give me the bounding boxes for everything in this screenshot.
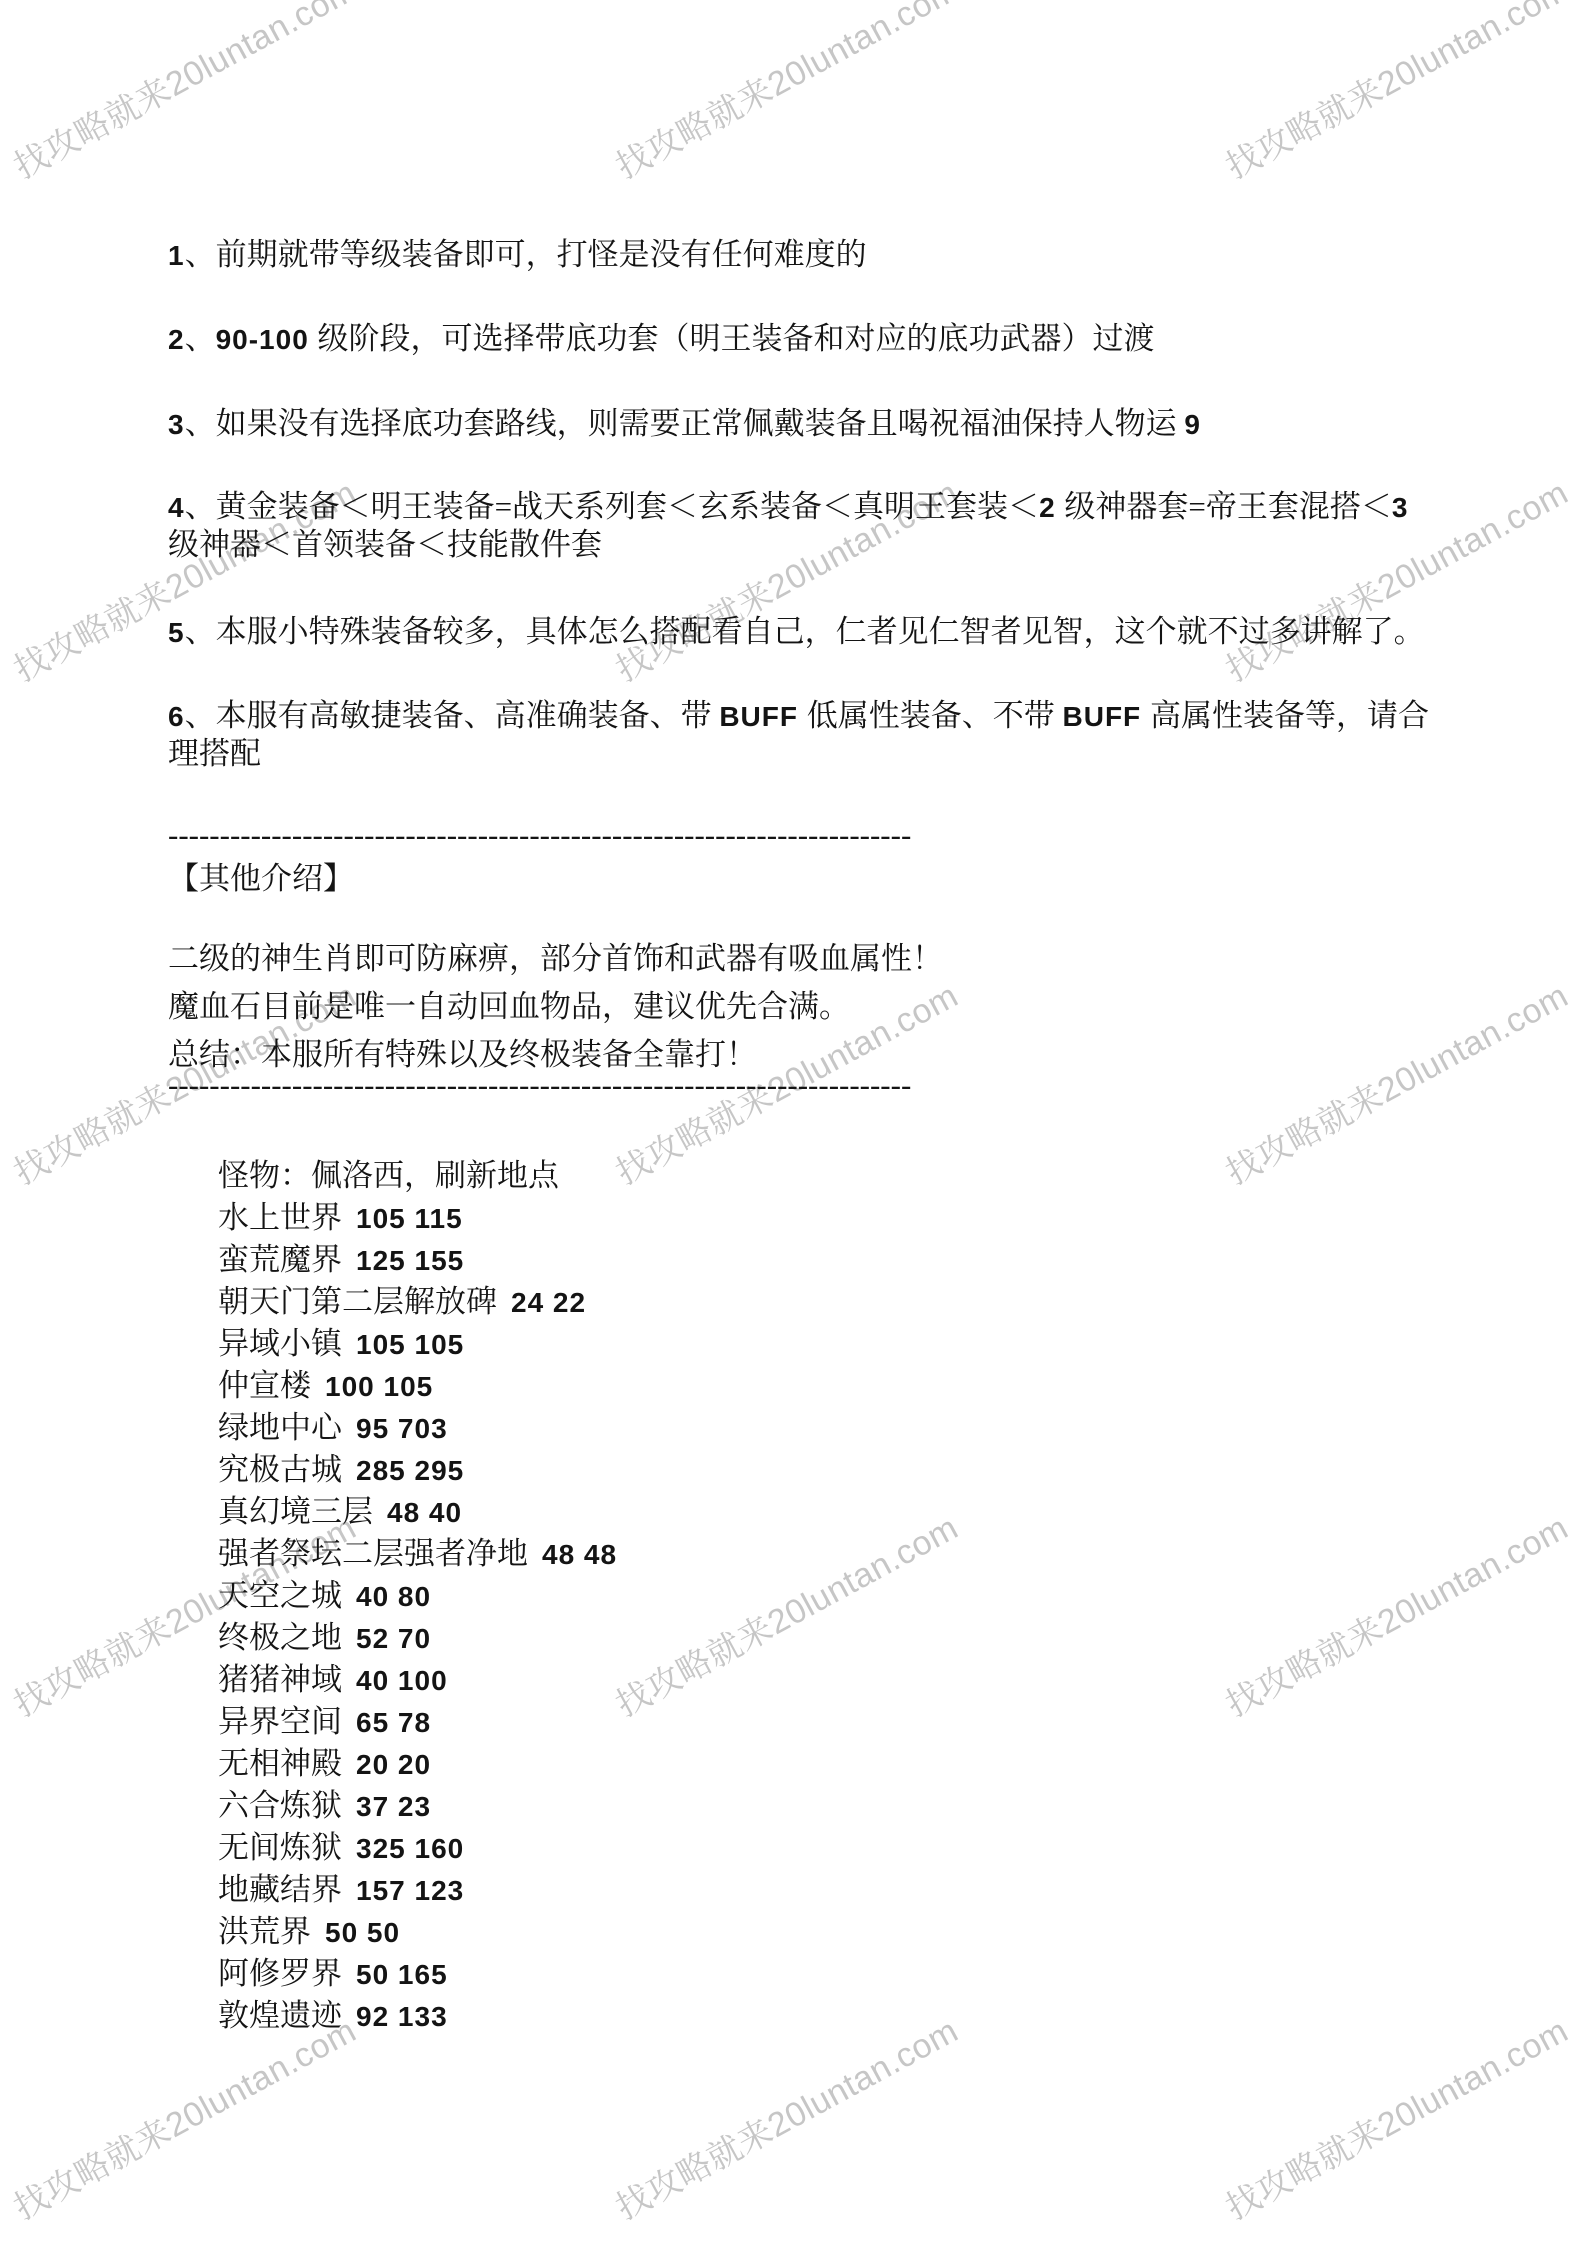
inline-number: 3 <box>168 409 185 440</box>
monster-location-name: 蛮荒魔界 <box>218 1242 342 1277</box>
watermark-text: 找攻略就来20luntan.com <box>6 0 364 190</box>
monster-coordinates: 100 105 <box>325 1371 433 1402</box>
section-title: 【其他介绍】 <box>168 862 354 896</box>
monster-list-item: 终极之地52 70 <box>218 1617 617 1659</box>
monster-coordinates: 24 22 <box>511 1287 586 1318</box>
monster-location-name: 地藏结界 <box>218 1872 342 1907</box>
intro-line: 二级的神生肖即可防麻痹，部分首饰和武器有吸血属性！ <box>168 942 943 976</box>
monster-location-name: 朝天门第二层解放碑 <box>218 1284 497 1319</box>
inline-number: BUFF <box>1063 701 1150 732</box>
inline-number: 2 <box>1039 492 1064 523</box>
monster-list-item: 究极古城285 295 <box>218 1449 617 1491</box>
monster-location-name: 阿修罗界 <box>218 1956 342 1991</box>
monster-location-name: 无相神殿 <box>218 1746 342 1781</box>
monster-location-name: 终极之地 <box>218 1620 342 1655</box>
monster-coordinates: 52 70 <box>356 1623 431 1654</box>
monster-coordinates: 95 703 <box>356 1413 448 1444</box>
tip-line: 理搭配 <box>168 737 261 771</box>
monster-rows: 水上世界105 115蛮荒魔界125 155朝天门第二层解放碑24 22异域小镇… <box>218 1197 617 2037</box>
monster-coordinates: 157 123 <box>356 1875 464 1906</box>
monster-list-item: 地藏结界157 123 <box>218 1869 617 1911</box>
monster-coordinates: 40 100 <box>356 1665 448 1696</box>
monster-list-item: 仲宣楼100 105 <box>218 1365 617 1407</box>
inline-number: 6 <box>168 701 185 732</box>
monster-spawn-list: 怪物：佩洛西，刷新地点 水上世界105 115蛮荒魔界125 155朝天门第二层… <box>218 1155 617 2037</box>
monster-list-item: 敦煌遗迹92 133 <box>218 1995 617 2037</box>
monster-coordinates: 48 40 <box>387 1497 462 1528</box>
inline-number: 3 <box>1392 492 1409 523</box>
monster-location-name: 无间炼狱 <box>218 1830 342 1865</box>
monster-location-name: 强者祭坛二层强者净地 <box>218 1536 528 1571</box>
watermark-text: 找攻略就来20luntan.com <box>1218 973 1576 1196</box>
monster-coordinates: 40 80 <box>356 1581 431 1612</box>
inline-number: BUFF <box>719 701 806 732</box>
monster-coordinates: 105 105 <box>356 1329 464 1360</box>
monster-coordinates: 65 78 <box>356 1707 431 1738</box>
monster-coordinates: 325 160 <box>356 1833 464 1864</box>
watermark-text: 找攻略就来20luntan.com <box>6 2008 364 2231</box>
monster-list-item: 水上世界105 115 <box>218 1197 617 1239</box>
tip-line: 5、本服小特殊装备较多，具体怎么搭配看自己，仁者见仁智者见智，这个就不过多讲解了… <box>168 615 1425 650</box>
watermark-text: 找攻略就来20luntan.com <box>608 2008 966 2231</box>
monster-location-name: 异域小镇 <box>218 1326 342 1361</box>
monster-coordinates: 285 295 <box>356 1455 464 1486</box>
monster-location-name: 六合炼狱 <box>218 1788 342 1823</box>
watermark-text: 找攻略就来20luntan.com <box>1218 2008 1576 2231</box>
monster-list-item: 蛮荒魔界125 155 <box>218 1239 617 1281</box>
monster-coordinates: 125 155 <box>356 1245 464 1276</box>
tip-line: 级神器＜首领装备＜技能散件套 <box>168 528 602 562</box>
monster-list-item: 强者祭坛二层强者净地48 48 <box>218 1533 617 1575</box>
intro-line: 魔血石目前是唯一自动回血物品，建议优先合满。 <box>168 990 850 1024</box>
monster-list-item: 绿地中心95 703 <box>218 1407 617 1449</box>
tip-line: 6、本服有高敏捷装备、高准确装备、带 BUFF 低属性装备、不带 BUFF 高属… <box>168 699 1429 734</box>
inline-number: 4 <box>168 492 185 523</box>
monster-location-name: 异界空间 <box>218 1704 342 1739</box>
watermark-text: 找攻略就来20luntan.com <box>1218 0 1576 190</box>
monster-location-name: 究极古城 <box>218 1452 342 1487</box>
monster-coordinates: 105 115 <box>356 1203 463 1234</box>
monster-location-name: 水上世界 <box>218 1200 342 1235</box>
inline-number: 5 <box>168 617 185 648</box>
monster-location-name: 绿地中心 <box>218 1410 342 1445</box>
inline-number: 90-100 <box>216 324 318 355</box>
monster-location-name: 天空之城 <box>218 1578 342 1613</box>
monster-coordinates: 20 20 <box>356 1749 431 1780</box>
watermark-text: 找攻略就来20luntan.com <box>608 1505 966 1728</box>
monster-list-item: 真幻境三层48 40 <box>218 1491 617 1533</box>
monster-list-item: 洪荒界50 50 <box>218 1911 617 1953</box>
monster-list-item: 异域小镇105 105 <box>218 1323 617 1365</box>
monster-list-item: 六合炼狱37 23 <box>218 1785 617 1827</box>
tip-line: 4、黄金装备＜明王装备=战天系列套＜玄系装备＜真明王套装＜2 级神器套=帝王套混… <box>168 490 1408 525</box>
dashed-divider: ----------------------------------------… <box>168 818 911 852</box>
inline-number: 9 <box>1184 409 1201 440</box>
dashed-divider: ----------------------------------------… <box>168 1068 911 1102</box>
monster-list-item: 朝天门第二层解放碑24 22 <box>218 1281 617 1323</box>
monster-location-name: 真幻境三层 <box>218 1494 373 1529</box>
tip-line: 3、如果没有选择底功套路线，则需要正常佩戴装备且喝祝福油保持人物运 9 <box>168 407 1201 442</box>
monster-coordinates: 50 165 <box>356 1959 448 1990</box>
monster-location-name: 猪猪神域 <box>218 1662 342 1697</box>
monster-list-header: 怪物：佩洛西，刷新地点 <box>218 1155 617 1197</box>
watermark-text: 找攻略就来20luntan.com <box>608 0 966 190</box>
monster-list-item: 异界空间65 78 <box>218 1701 617 1743</box>
monster-coordinates: 92 133 <box>356 2001 448 2032</box>
tip-line: 1、前期就带等级装备即可，打怪是没有任何难度的 <box>168 238 867 273</box>
inline-number: 2 <box>168 324 185 355</box>
monster-location-name: 仲宣楼 <box>218 1368 311 1403</box>
tip-line: 2、90-100 级阶段，可选择带底功套（明王装备和对应的底功武器）过渡 <box>168 322 1155 357</box>
monster-list-item: 阿修罗界50 165 <box>218 1953 617 1995</box>
monster-coordinates: 50 50 <box>325 1917 400 1948</box>
document-page: 找攻略就来20luntan.com找攻略就来20luntan.com找攻略就来2… <box>0 0 1587 2245</box>
monster-location-name: 洪荒界 <box>218 1914 311 1949</box>
monster-list-item: 猪猪神域40 100 <box>218 1659 617 1701</box>
monster-list-item: 无间炼狱325 160 <box>218 1827 617 1869</box>
inline-number: 1 <box>168 240 185 271</box>
monster-list-item: 天空之城40 80 <box>218 1575 617 1617</box>
monster-location-name: 敦煌遗迹 <box>218 1998 342 2033</box>
monster-coordinates: 37 23 <box>356 1791 431 1822</box>
monster-list-item: 无相神殿20 20 <box>218 1743 617 1785</box>
monster-coordinates: 48 48 <box>542 1539 617 1570</box>
watermark-text: 找攻略就来20luntan.com <box>1218 1505 1576 1728</box>
